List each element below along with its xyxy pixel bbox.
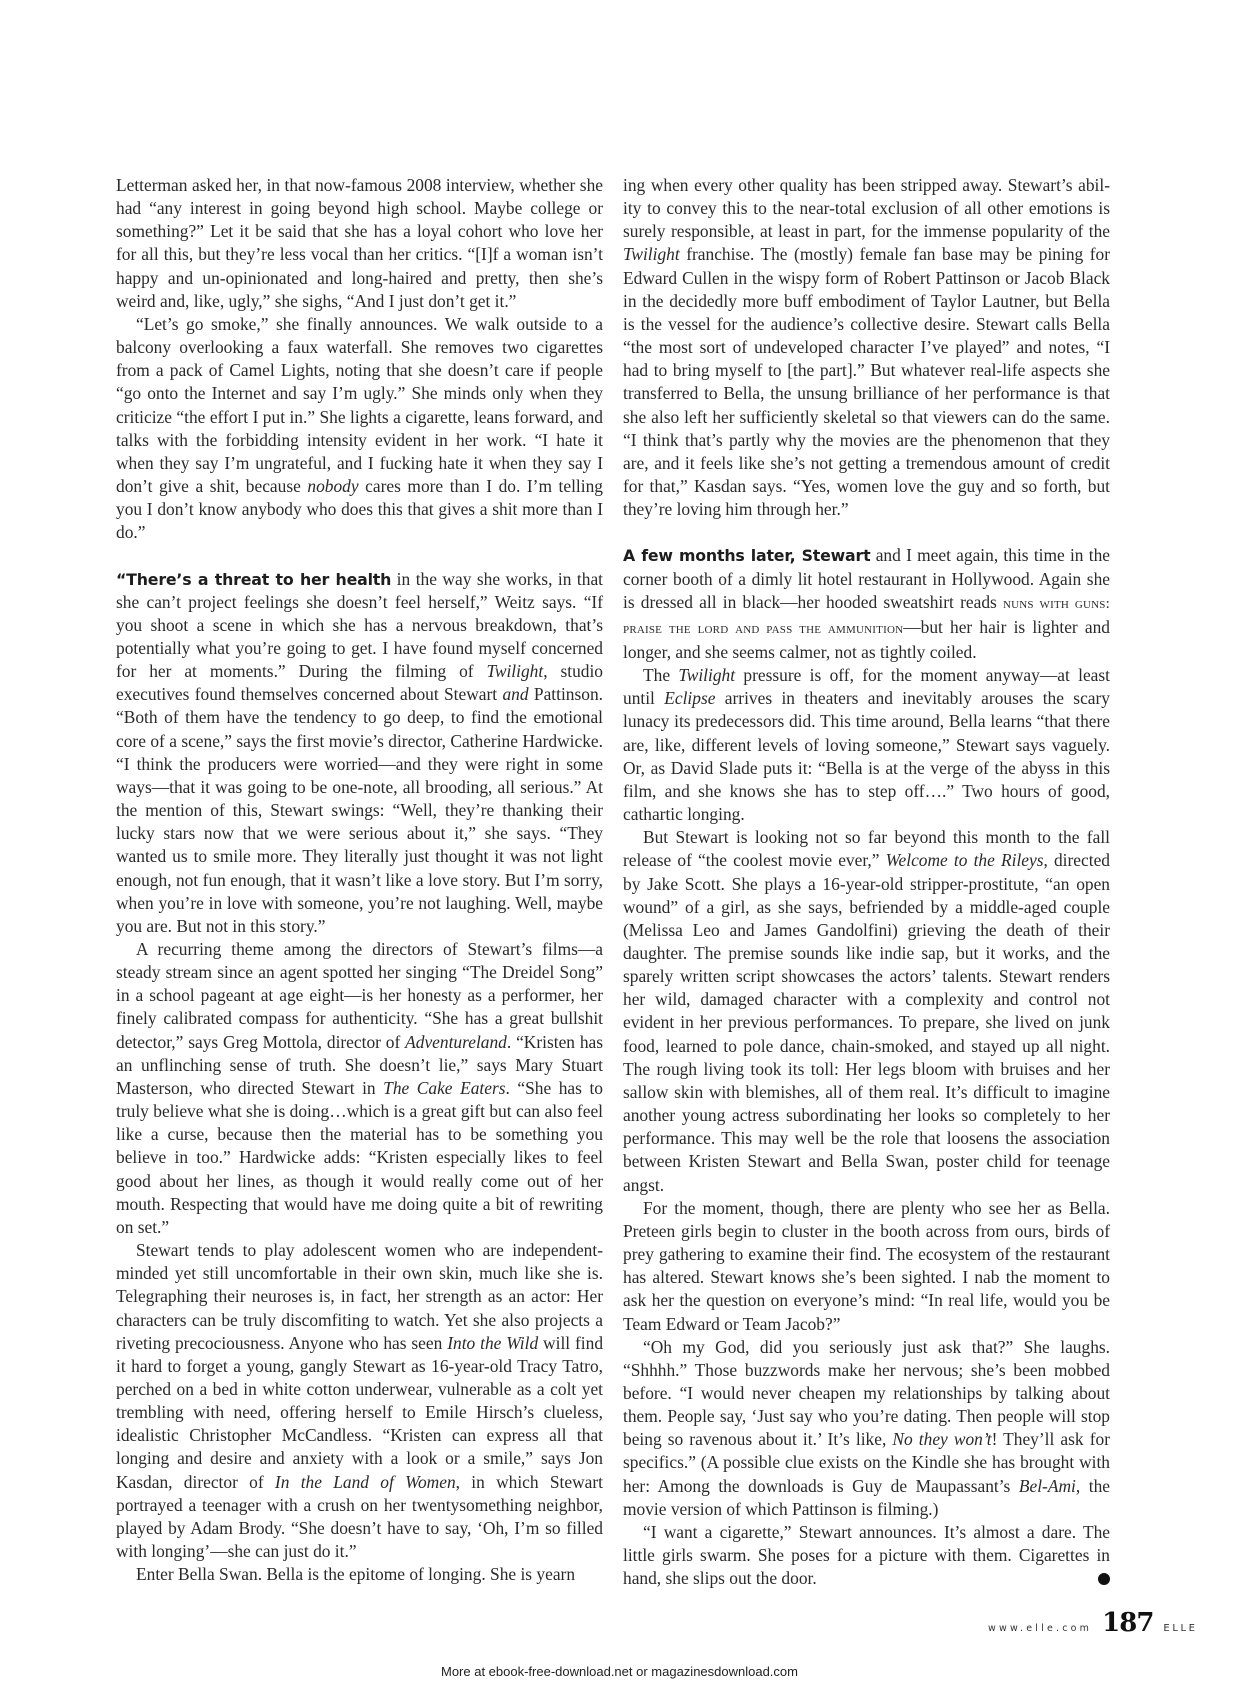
paragraph-text: “I want a cigarette,” Stewart announces.… bbox=[623, 1522, 1110, 1588]
paragraph: A recurring theme among the directors of… bbox=[116, 938, 603, 1239]
paragraph: Enter Bella Swan. Bella is the epitome o… bbox=[116, 1563, 603, 1586]
paragraph-text: arrives in theaters and inevitably arous… bbox=[623, 688, 1110, 824]
film-title: Welcome to the Rileys bbox=[886, 850, 1044, 870]
paragraph: But Stewart is looking not so far beyond… bbox=[623, 826, 1110, 1197]
film-title: The Cake Eaters bbox=[383, 1078, 505, 1098]
film-title: Eclipse bbox=[664, 688, 715, 708]
film-title: In the Land of Women bbox=[275, 1472, 456, 1492]
paragraph-text: Letterman asked her, in that now-famous … bbox=[116, 175, 603, 311]
paragraph: Letterman asked her, in that now-famous … bbox=[116, 174, 603, 313]
article-column-right: ing when every other quality has been st… bbox=[623, 174, 1110, 1590]
paragraph: “Oh my God, did you seriously just ask t… bbox=[623, 1336, 1110, 1521]
emphasis-text: No they won’t bbox=[892, 1429, 991, 1449]
film-title: Adventureland bbox=[405, 1032, 507, 1052]
magazine-brand: ELLE bbox=[1163, 1623, 1197, 1634]
folio-url: www.elle.com bbox=[988, 1623, 1092, 1634]
paragraph-text: will find it hard to forget a young, gan… bbox=[116, 1333, 603, 1492]
paragraph-text: ing when every other quality has been st… bbox=[623, 175, 1110, 241]
film-title: Twilight bbox=[623, 244, 680, 264]
paragraph: The Twilight pressure is off, for the mo… bbox=[623, 664, 1110, 826]
article-column-left: Letterman asked her, in that now-famous … bbox=[116, 174, 603, 1586]
paragraph-text: “Let’s go smoke,” she finally announces.… bbox=[116, 314, 603, 496]
book-title: Bel-Ami bbox=[1019, 1476, 1076, 1496]
paragraph-text: The bbox=[643, 665, 678, 685]
paragraph-text: , directed by Jake Scott. She plays a 16… bbox=[623, 850, 1110, 1194]
paragraph-text: . “She has to truly believe what she is … bbox=[116, 1078, 603, 1237]
film-title: Twilight bbox=[678, 665, 735, 685]
paragraph: For the moment, though, there are plenty… bbox=[623, 1197, 1110, 1336]
paragraph: Stewart tends to play adolescent women w… bbox=[116, 1239, 603, 1563]
page-folio: www.elle.com 187 ELLE bbox=[988, 1608, 1198, 1638]
emphasis-text: and bbox=[502, 684, 528, 704]
film-title: Twilight bbox=[487, 661, 544, 681]
paragraph: “Let’s go smoke,” she finally announces.… bbox=[116, 313, 603, 545]
paragraph-text: Pattinson. “Both of them have the tenden… bbox=[116, 684, 603, 936]
paragraph-text: franchise. The (mostly) female fan base … bbox=[623, 244, 1110, 519]
section-lead-in: A few months later, Stewart bbox=[623, 546, 870, 565]
section-paragraph: “There’s a threat to her health in the w… bbox=[116, 568, 603, 939]
section-paragraph: A few months later, Stewart and I meet a… bbox=[623, 544, 1110, 664]
film-title: Into the Wild bbox=[447, 1333, 538, 1353]
end-of-article-bullet-icon bbox=[1098, 1573, 1110, 1585]
magazine-page: Letterman asked her, in that now-famous … bbox=[0, 0, 1239, 1683]
page-number: 187 bbox=[1102, 1608, 1153, 1638]
emphasis-text: nobody bbox=[307, 476, 358, 496]
download-source-note: More at ebook-free-download.net or magaz… bbox=[0, 1664, 1239, 1679]
section-lead-in: “There’s a threat to her health bbox=[116, 570, 391, 589]
paragraph: ing when every other quality has been st… bbox=[623, 174, 1110, 521]
paragraph-text: Enter Bella Swan. Bella is the epitome o… bbox=[136, 1564, 575, 1584]
paragraph-text: For the moment, though, there are plenty… bbox=[623, 1198, 1110, 1334]
paragraph: “I want a cigarette,” Stewart announces.… bbox=[623, 1521, 1110, 1590]
